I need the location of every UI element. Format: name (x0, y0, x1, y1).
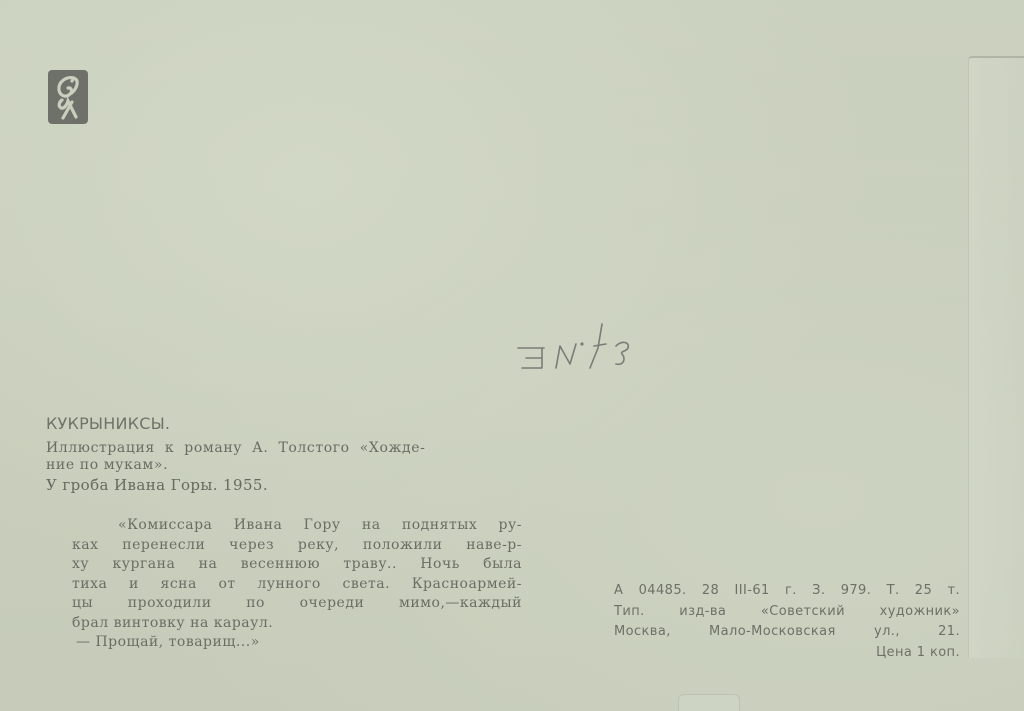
paper-tab-bottom (678, 694, 740, 711)
publisher-imprint: А 04485. 28 III-61 г. З. 979. Т. 25 т. Т… (614, 581, 960, 663)
handwritten-inventory-note (498, 318, 648, 388)
imprint-price: Цена 1 коп. (614, 643, 960, 664)
quote-line: ках перенесли через реку, положили наве-… (72, 536, 522, 556)
publisher-logo-icon (48, 70, 88, 124)
imprint-code-line: А 04485. 28 III-61 г. З. 979. Т. 25 т. (614, 581, 960, 602)
quote-line: ху кургана на весеннюю траву.. Ночь была (72, 555, 522, 575)
imprint-printer-line: Тип. изд-ва «Советский художник» (614, 602, 960, 623)
imprint-address-line: Москва, Мало-Московская ул., 21. (614, 622, 960, 643)
author-name: КУКРЫНИКСЫ. (46, 414, 526, 434)
artwork-title: У гроба Ивана Горы. 1955. (46, 475, 526, 495)
novel-quote: «Комиссара Ивана Гору на поднятых ру- ка… (72, 516, 522, 653)
paper-edge-right (968, 56, 1024, 658)
artwork-description: Иллюстрация к роману А. Толстого «Хожде-… (46, 440, 526, 474)
quote-line: «Комиссара Ивана Гору на поднятых ру- (72, 516, 522, 536)
artwork-caption: КУКРЫНИКСЫ. Иллюстрация к роману А. Толс… (46, 414, 526, 495)
sovetsky-khudozhnik-logo-icon (50, 72, 86, 122)
quote-line: — Прощай, товарищ...» (72, 633, 522, 653)
description-line: Иллюстрация к роману А. Толстого «Хожде- (46, 440, 526, 457)
quote-line: тиха и ясна от лунного света. Красноарме… (72, 575, 522, 595)
description-line: ние по мукам». (46, 457, 526, 474)
quote-line: цы проходили по очереди мимо,—каждый (72, 594, 522, 614)
postcard-back: КУКРЫНИКСЫ. Иллюстрация к роману А. Толс… (0, 0, 1024, 711)
quote-line: брал винтовку на караул. (72, 614, 522, 634)
